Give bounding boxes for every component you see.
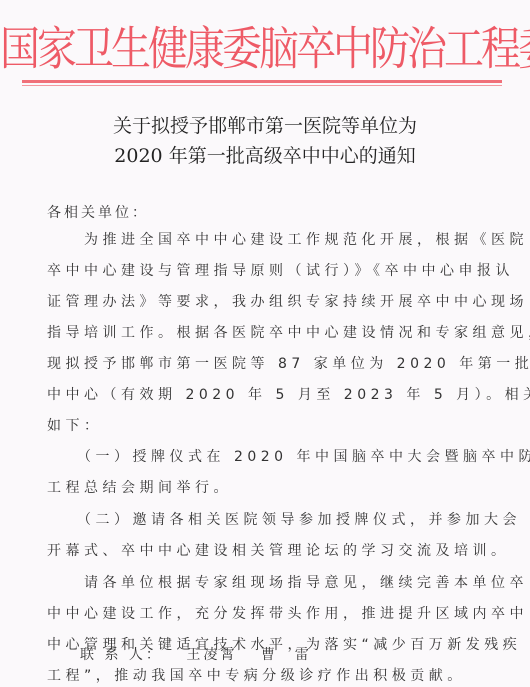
contact-name: 曹 雷 [261,647,312,663]
body-line: （一）授牌仪式在 2020 年中国脑卒中大会暨脑卒中防治 [47,440,530,475]
body-line: 中中心（有效期 2020 年 5 月至 2023 年 5 月）。相关要求通知 [47,378,530,413]
body-line: 现拟授予邯郸市第一医院等 87 家单位为 2020 年第一批高级卒 [47,347,530,382]
letterhead-rule-thin [22,85,502,86]
body-line: 请各单位根据专家组现场指导意见，继续完善本单位卒 [47,566,528,601]
body-line: 工程总结会期间举行。 [47,471,232,506]
body-line: 开幕式、卒中中心建设相关管理论坛的学习交流及培训。 [47,534,510,569]
contact-line: 联 系 人： 王凌霄 曹 雷 [80,644,328,664]
body-line: （二）邀请各相关医院领导参加授牌仪式，并参加大会 [47,503,521,538]
title-line-2: 2020 年第一批高级卒中中心的通知 [0,143,530,169]
contact-name: 王凌霄 [186,647,237,663]
body-line: 指导培训工作。根据各医院卒中中心建设情况和专家组意见， [47,316,530,351]
title-line-1: 关于拟授予邯郸市第一医院等单位为 [0,113,530,139]
contact-label: 联 系 人： [80,647,163,663]
body-line: 为推进全国卒中中心建设工作规范化开展，根据《医院 [47,223,528,258]
letterhead-rule-thick [22,80,502,83]
body-line: 中中心建设工作，充分发挥带头作用，推进提升区域内卒中 [47,597,528,632]
body-line: 证管理办法》等要求，我办组织专家持续开展卒中中心现场 [47,285,528,320]
letterhead-org-name: 国家卫生健康委脑卒中防治工程委员会 [0,22,530,77]
body-line: 如下： [47,409,103,444]
body-line: 卒中中心建设与管理指导原则（试行）》《卒中中心申报认 [47,254,514,289]
